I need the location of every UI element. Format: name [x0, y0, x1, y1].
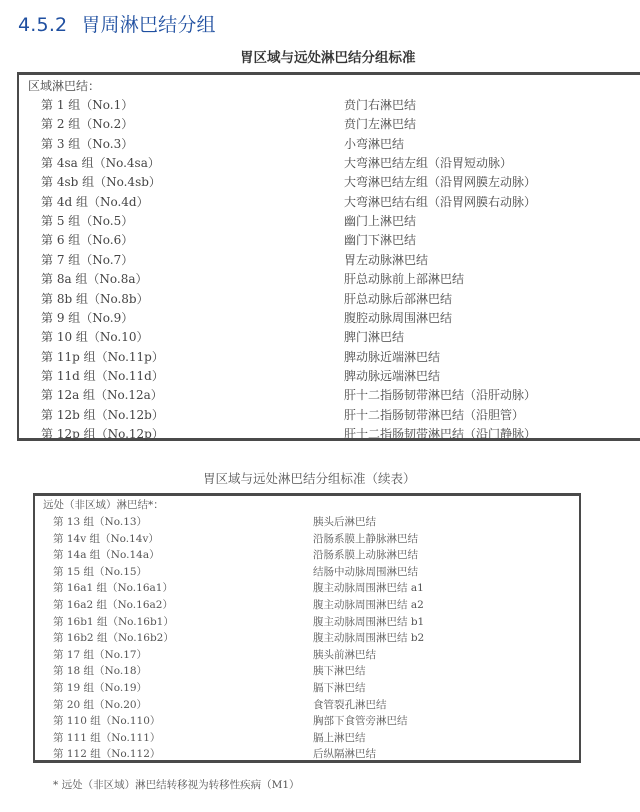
- lymph-node-name: 肝总动脉前上部淋巴结: [344, 270, 464, 287]
- lymph-node-name: 大弯淋巴结右组（沿胃网膜右动脉）: [344, 193, 536, 210]
- table-row: 第 20 组（No.20）食管裂孔淋巴结: [35, 697, 579, 714]
- group-code: 第 11d 组（No.11d）: [41, 367, 164, 384]
- table-row: 第 16b2 组（No.16b2）腹主动脉周围淋巴结 b2: [35, 630, 579, 647]
- lymph-node-name: 食管裂孔淋巴结: [313, 697, 387, 712]
- group-code: 第 16b2 组（No.16b2）: [53, 630, 174, 645]
- lymph-node-name: 大弯淋巴结左组（沿胃网膜左动脉）: [344, 173, 536, 190]
- lymph-node-name: 胰下淋巴结: [313, 663, 366, 678]
- lymph-node-name: 肝十二指肠韧带淋巴结（沿肝动脉）: [344, 386, 536, 403]
- table-row: 第 13 组（No.13）胰头后淋巴结: [35, 514, 579, 531]
- lymph-node-name: 幽门下淋巴结: [344, 231, 416, 248]
- lymph-node-name: 贲门左淋巴结: [344, 115, 416, 132]
- group-code: 第 14a 组（No.14a）: [53, 547, 160, 562]
- lymph-node-name: 结肠中动脉周围淋巴结: [313, 564, 418, 579]
- lymph-node-name: 胸部下食管旁淋巴结: [313, 713, 408, 728]
- lymph-node-name: 腹主动脉周围淋巴结 a2: [313, 597, 424, 612]
- group-code: 第 3 组（No.3）: [41, 135, 133, 152]
- table-row: 第 16b1 组（No.16b1）腹主动脉周围淋巴结 b1: [35, 614, 579, 631]
- lymph-node-name: 沿肠系膜上动脉淋巴结: [313, 547, 418, 562]
- group-code: 第 20 组（No.20）: [53, 697, 147, 712]
- table-row: 第 111 组（No.111）膈上淋巴结: [35, 730, 579, 747]
- lymph-node-name: 大弯淋巴结左组（沿胃短动脉）: [344, 154, 512, 171]
- lymph-node-name: 脾门淋巴结: [344, 328, 404, 345]
- table-row: 第 4sb 组（No.4sb）大弯淋巴结左组（沿胃网膜左动脉）: [19, 173, 640, 192]
- group-code: 第 111 组（No.111）: [53, 730, 160, 745]
- table-row: 第 12b 组（No.12b）肝十二指肠韧带淋巴结（沿胆管）: [19, 406, 640, 425]
- lymph-node-name: 胰头前淋巴结: [313, 647, 376, 662]
- group-code: 第 16a1 组（No.16a1）: [53, 580, 173, 595]
- distant-lymph-node-table: 远处（非区域）淋巴结*： 第 13 组（No.13）胰头后淋巴结第 14v 组（…: [33, 493, 581, 763]
- table-row: 第 18 组（No.18）胰下淋巴结: [35, 663, 579, 680]
- lymph-node-name: 腹主动脉周围淋巴结 a1: [313, 580, 424, 595]
- group-code: 第 12a 组（No.12a）: [41, 386, 163, 403]
- group-code: 第 17 组（No.17）: [53, 647, 147, 662]
- group-code: 第 112 组（No.112）: [53, 746, 160, 761]
- table-row: 第 1 组（No.1）贲门右淋巴结: [19, 96, 640, 115]
- table-row: 第 4sa 组（No.4sa）大弯淋巴结左组（沿胃短动脉）: [19, 154, 640, 173]
- table2-heading: 远处（非区域）淋巴结*：: [43, 497, 164, 512]
- group-code: 第 11p 组（No.11p）: [41, 348, 164, 365]
- group-code: 第 8b 组（No.8b）: [41, 290, 149, 307]
- table-row: 第 15 组（No.15）结肠中动脉周围淋巴结: [35, 564, 579, 581]
- table-row: 第 110 组（No.110）胸部下食管旁淋巴结: [35, 713, 579, 730]
- lymph-node-name: 肝总动脉后部淋巴结: [344, 290, 452, 307]
- table-row: 第 16a2 组（No.16a2）腹主动脉周围淋巴结 a2: [35, 597, 579, 614]
- lymph-node-name: 小弯淋巴结: [344, 135, 404, 152]
- lymph-node-name: 膈上淋巴结: [313, 730, 366, 745]
- group-code: 第 4sa 组（No.4sa）: [41, 154, 160, 171]
- group-code: 第 16a2 组（No.16a2）: [53, 597, 173, 612]
- table-row: 第 8a 组（No.8a）肝总动脉前上部淋巴结: [19, 270, 640, 289]
- lymph-node-name: 胰头后淋巴结: [313, 514, 376, 529]
- group-code: 第 13 组（No.13）: [53, 514, 147, 529]
- table-row: 第 12a 组（No.12a）肝十二指肠韧带淋巴结（沿肝动脉）: [19, 386, 640, 405]
- lymph-node-name: 脾动脉近端淋巴结: [344, 348, 440, 365]
- table-row: 第 7 组（No.7）胃左动脉淋巴结: [19, 251, 640, 270]
- group-code: 第 7 组（No.7）: [41, 251, 133, 268]
- lymph-node-name: 胃左动脉淋巴结: [344, 251, 428, 268]
- table-row: 第 6 组（No.6）幽门下淋巴结: [19, 231, 640, 250]
- group-code: 第 12p 组（No.12p）: [41, 425, 164, 442]
- table-row: 第 19 组（No.19）膈下淋巴结: [35, 680, 579, 697]
- lymph-node-name: 肝十二指肠韧带淋巴结（沿门静脉）: [344, 425, 536, 442]
- footnote: * 远处（非区域）淋巴结转移视为转移性疾病（M1）: [53, 777, 300, 792]
- group-code: 第 14v 组（No.14v）: [53, 531, 159, 546]
- table-row: 第 4d 组（No.4d）大弯淋巴结右组（沿胃网膜右动脉）: [19, 193, 640, 212]
- group-code: 第 12b 组（No.12b）: [41, 406, 164, 423]
- group-code: 第 9 组（No.9）: [41, 309, 133, 326]
- lymph-node-name: 贲门右淋巴结: [344, 96, 416, 113]
- table-row: 第 11p 组（No.11p）脾动脉近端淋巴结: [19, 348, 640, 367]
- section-title-text: 胃周淋巴结分组: [81, 14, 215, 36]
- table-row: 第 10 组（No.10）脾门淋巴结: [19, 328, 640, 347]
- lymph-node-name: 腹腔动脉周围淋巴结: [344, 309, 452, 326]
- table-row: 第 5 组（No.5）幽门上淋巴结: [19, 212, 640, 231]
- lymph-node-name: 后纵隔淋巴结: [313, 746, 376, 761]
- table-row: 第 11d 组（No.11d）脾动脉远端淋巴结: [19, 367, 640, 386]
- group-code: 第 16b1 组（No.16b1）: [53, 614, 174, 629]
- lymph-node-name: 脾动脉远端淋巴结: [344, 367, 440, 384]
- group-code: 第 18 组（No.18）: [53, 663, 147, 678]
- group-code: 第 4d 组（No.4d）: [41, 193, 149, 210]
- group-code: 第 6 组（No.6）: [41, 231, 133, 248]
- lymph-node-name: 膈下淋巴结: [313, 680, 366, 695]
- lymph-node-name: 肝十二指肠韧带淋巴结（沿胆管）: [344, 406, 524, 423]
- group-code: 第 1 组（No.1）: [41, 96, 133, 113]
- table-row: 第 12p 组（No.12p）肝十二指肠韧带淋巴结（沿门静脉）: [19, 425, 640, 444]
- table-row: 第 9 组（No.9）腹腔动脉周围淋巴结: [19, 309, 640, 328]
- regional-lymph-node-table: 区域淋巴结： 第 1 组（No.1）贲门右淋巴结第 2 组（No.2）贲门左淋巴…: [17, 72, 640, 441]
- table-row: 第 8b 组（No.8b）肝总动脉后部淋巴结: [19, 290, 640, 309]
- lymph-node-name: 腹主动脉周围淋巴结 b2: [313, 630, 424, 645]
- group-code: 第 110 组（No.110）: [53, 713, 160, 728]
- table-row: 第 3 组（No.3）小弯淋巴结: [19, 135, 640, 154]
- table-row: 第 112 组（No.112）后纵隔淋巴结: [35, 746, 579, 763]
- lymph-node-name: 沿肠系膜上静脉淋巴结: [313, 531, 418, 546]
- group-code: 第 4sb 组（No.4sb）: [41, 173, 161, 190]
- section-heading: 4.5.2胃周淋巴结分组: [18, 10, 216, 37]
- table2-caption: 胃区域与远处淋巴结分组标准（续表）: [203, 469, 416, 487]
- lymph-node-name: 腹主动脉周围淋巴结 b1: [313, 614, 424, 629]
- section-number: 4.5.2: [18, 14, 67, 36]
- table-row: 第 16a1 组（No.16a1）腹主动脉周围淋巴结 a1: [35, 580, 579, 597]
- group-code: 第 19 组（No.19）: [53, 680, 147, 695]
- group-code: 第 2 组（No.2）: [41, 115, 133, 132]
- group-code: 第 10 组（No.10）: [41, 328, 149, 345]
- table-row: 第 17 组（No.17）胰头前淋巴结: [35, 647, 579, 664]
- group-code: 第 5 组（No.5）: [41, 212, 133, 229]
- group-code: 第 8a 组（No.8a）: [41, 270, 148, 287]
- table1-heading: 区域淋巴结：: [28, 77, 100, 94]
- group-code: 第 15 组（No.15）: [53, 564, 147, 579]
- table-row: 第 14v 组（No.14v）沿肠系膜上静脉淋巴结: [35, 531, 579, 548]
- table-row: 第 2 组（No.2）贲门左淋巴结: [19, 115, 640, 134]
- table1-caption: 胃区域与远处淋巴结分组标准: [240, 46, 416, 66]
- lymph-node-name: 幽门上淋巴结: [344, 212, 416, 229]
- table-row: 第 14a 组（No.14a）沿肠系膜上动脉淋巴结: [35, 547, 579, 564]
